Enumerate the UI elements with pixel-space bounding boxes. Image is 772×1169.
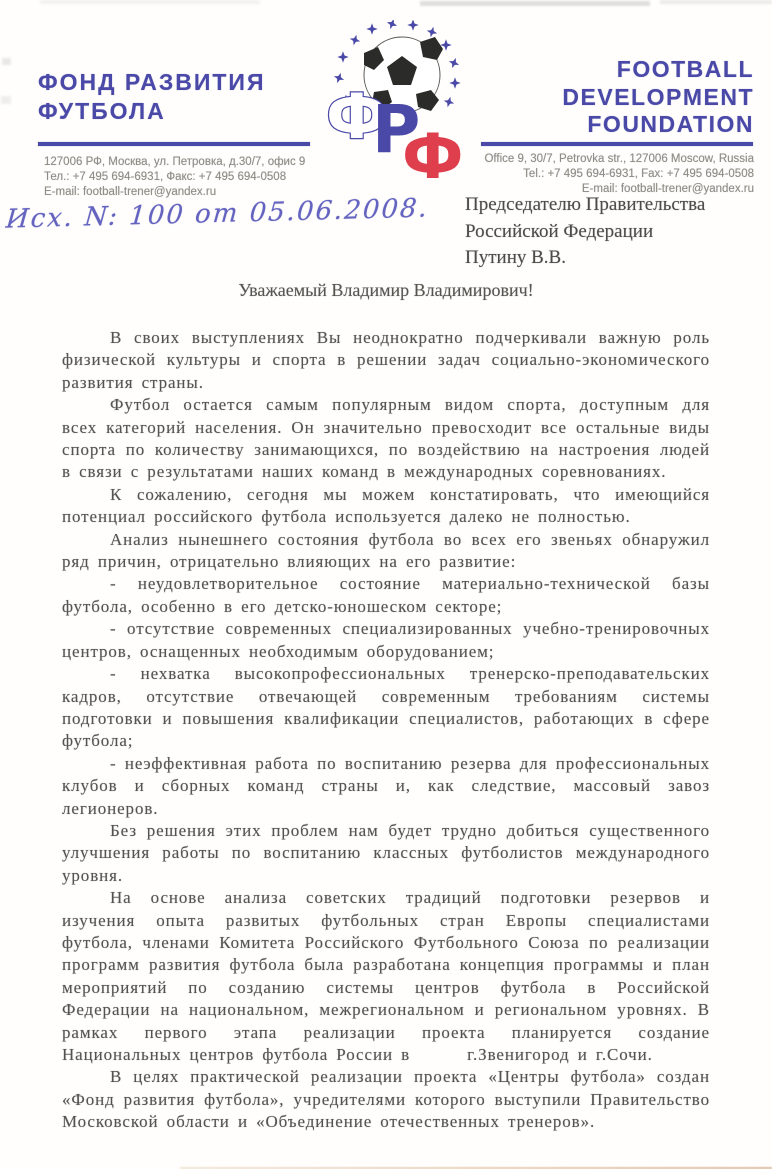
paragraph: В целях практической реализации проекта … [62,1066,710,1133]
paragraph: На основе анализа советских традиций под… [62,887,710,1066]
paragraph: К сожалению, сегодня мы можем констатиро… [62,484,710,529]
org-name-en-line3: FOUNDATION [454,111,754,139]
letter-body: В своих выступлениях Вы неоднократно под… [62,327,710,1134]
org-name-ru: ФОНД РАЗВИТИЯ ФУТБОЛА [38,68,313,126]
recipient-line: Путину В.В. [465,245,760,272]
paragraph: Футбол остается самым популярным видом с… [62,394,710,484]
org-name-en: FOOTBALL DEVELOPMENT FOUNDATION [454,56,754,139]
recipient-block: Председателю Правительства Российской Фе… [465,192,760,272]
scan-artifact [420,1,650,6]
org-address-ru: 127006 РФ, Москва, ул. Петровка, д.30/7,… [44,155,305,199]
address-ru-line: 127006 РФ, Москва, ул. Петровка, д.30/7,… [44,155,305,170]
paragraph bullet: - неудовлетворительное состояние материа… [62,573,710,618]
address-en-line: Tel.: +7 495 694-6931, Fax: +7 495 694-0… [484,167,754,182]
recipient-line: Российской Федерации [465,219,760,246]
scan-artifact [1,96,11,104]
paragraph bullet: - отсутствие современных специализирован… [62,618,710,663]
org-name-ru-line1: ФОНД РАЗВИТИЯ [38,68,313,97]
scan-artifact [40,0,260,4]
paragraph bullet: - нехватка высокопрофессиональных тренер… [62,663,710,753]
scan-artifact [660,0,772,4]
letterhead-divider-right [481,142,753,146]
paragraph: Анализ нынешнего состояния футбола во вс… [62,529,710,574]
org-name-en-line1: FOOTBALL [454,56,754,84]
paragraph: Без решения этих проблем нам будет трудн… [62,820,710,887]
paragraph bullet: - неэффективная работа по воспитанию рез… [62,753,710,820]
frf-logo: Ф Р Ф [310,20,462,192]
recipient-line: Председателю Правительства [465,192,760,219]
org-name-en-line2: DEVELOPMENT [454,84,754,112]
scan-artifact [2,58,11,65]
letterhead-divider-left [38,142,310,146]
scanned-letter-page: ФОНД РАЗВИТИЯ ФУТБОЛА 127006 РФ, Москва,… [0,0,772,1169]
org-name-ru-line2: ФУТБОЛА [38,97,313,126]
outgoing-number-note: Исх. N: 100 от 05.06.2008. [5,195,357,234]
salutation: Уважаемый Владимир Владимирович! [62,280,710,301]
paragraph: В своих выступлениях Вы неоднократно под… [62,327,710,394]
org-address-en: Office 9, 30/7, Petrovka str., 127006 Mo… [484,152,754,196]
logo-letters: Ф Р Ф [326,80,462,192]
address-en-line: Office 9, 30/7, Petrovka str., 127006 Mo… [484,152,754,167]
svg-text:Ф: Ф [402,120,462,192]
address-ru-line: Тел.: +7 495 694-6931, Факс: +7 495 694-… [44,170,305,185]
